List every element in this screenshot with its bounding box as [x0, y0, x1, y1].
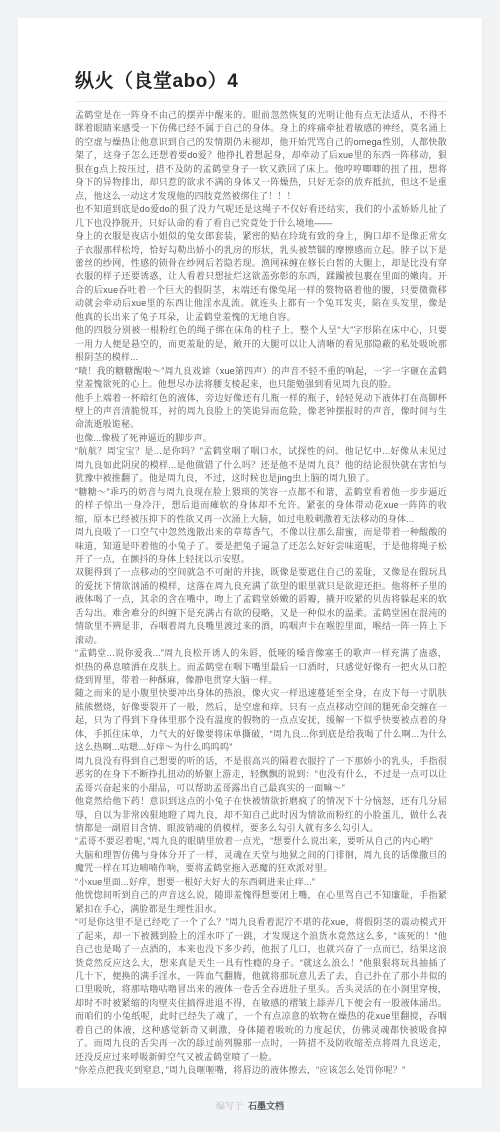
- paragraph: “孟鹤堂...说你爱我...”周九良松开诱人的朱唇，低哑的嗓音像塞壬的歌声一样充…: [75, 647, 447, 687]
- footer-written-in-label: 编写于: [216, 1099, 243, 1112]
- title-divider: [75, 101, 447, 102]
- page-title: 纵火（良堂abo）4: [75, 70, 447, 94]
- paragraph: 身上的衣服是夜店小姐似的兔女郎套装，紧密的贴在玲珑有致的身上，胸口却不是像正常女…: [75, 230, 447, 324]
- paragraph: 他手上端着一杯暗红色的液体，旁边好像还有几瓶一样的瓶子，轻轻晃动下液体打在高脚杯…: [75, 392, 447, 432]
- paragraph: 也不知道到底是do爱do的狠了没力气呢还是这绳子不仅好看还结实，我们的小孟娇娇儿…: [75, 203, 447, 230]
- paragraph: “孟哥不要忍着呢，”周九良的眼睛里放着一点光，“想要什么说出来，要听从自己的内心…: [75, 835, 447, 848]
- paragraph: 大脑和理智仿佛与身体分开了一样，灵魂在天堂与地狱之间的门徘徊，周九良的话像撒旦的…: [75, 849, 447, 876]
- paragraph: “糖糖～”乖巧的奶音与周九良现在脸上猥琐的笑容一点都不和谐，孟鹤堂看着他一步步逼…: [75, 486, 447, 526]
- paragraph: 他的四肢分别被一根粉红色的绳子绑在床角的柱子上，整个人呈“大”字形陷在床中心，只…: [75, 324, 447, 364]
- paragraph: “小xue里面...好痒，想要一根好大好大的东西刺进来止痒...”: [75, 876, 447, 889]
- paragraph: 周九良没有得到自己想要的听的话，不是很高兴的隔着衣服拧了一下那娇小的乳头，手指很…: [75, 755, 447, 795]
- paragraph: “航航？周宝宝？是...是你吗？”孟鹤堂咽了咽口水，试探性的问。他记忆中...好…: [75, 445, 447, 485]
- paragraph: 随之而来的是小腹里快要冲出身体的热浪，像火灾一样迅速蔓延至全身，在皮下每一寸肌肤…: [75, 687, 447, 754]
- footer-brand-link[interactable]: 石墨文档: [248, 1099, 284, 1112]
- article-body: 孟鹤堂是在一阵身不由己的摆弄中醒来的。眼前忽然恢复的光明让他有点无法适从，不得不…: [75, 109, 447, 1078]
- paragraph: 他恍惚间听到自己的声音这么说，随即羞愧得想要闭上嘴，在心里骂自己不知廉耻，手指紧…: [75, 889, 447, 916]
- paragraph: 他竟然给他下药！意识到这点的小兔子在快被情欲折磨疯了的情况下十分恼怒，还有几分屈…: [75, 795, 447, 835]
- paragraph: 周九良吸了一口空气中忽然逸散出来的草莓香气，不像以往那么甜蜜，而是带着一种酸酸的…: [75, 526, 447, 566]
- paragraph: “啧！我的糖糖醒啦～”周九良戏谑（xue第四声）的声音不轻不重的响起，一字一字砸…: [75, 365, 447, 392]
- page-background: 纵火（良堂abo）4 孟鹤堂是在一阵身不由己的摆弄中醒来的。眼前忽然恢复的光明让…: [0, 0, 500, 1132]
- footer: 编写于 石墨文档: [0, 1088, 500, 1132]
- paragraph: “可是你这里不是已经吃了一个了么？”周九良看着泥泞不堪的花xue，将假阴茎的震动…: [75, 916, 447, 1064]
- paragraph: “你差点把我夹到窒息，”周九良咂咂嘴，将唇边的液体擦去，“应该怎么处罚你呢？”: [75, 1064, 447, 1077]
- paragraph: 孟鹤堂是在一阵身不由己的摆弄中醒来的。眼前忽然恢复的光明让他有点无法适从，不得不…: [75, 109, 447, 203]
- paragraph: 双腿得到了一点移动的空间就急不可耐的并拢，既像是要遮住自己的羞耻，又像是在假玩具…: [75, 566, 447, 647]
- paragraph: 也像...像极了死神逼近的脚步声。: [75, 432, 447, 445]
- document-card: 纵火（良堂abo）4 孟鹤堂是在一阵身不由己的摆弄中醒来的。眼前忽然恢复的光明让…: [18, 18, 482, 1088]
